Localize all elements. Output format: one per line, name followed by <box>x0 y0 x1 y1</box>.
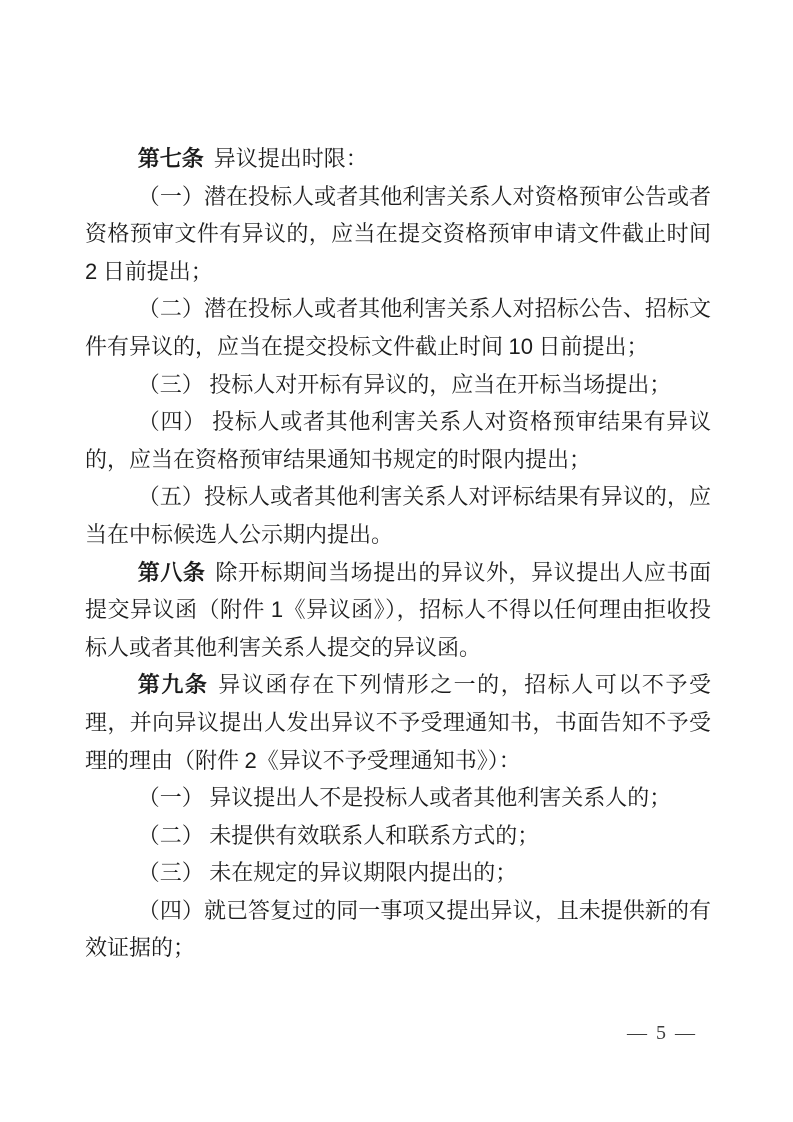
paragraph: 第九条异议函存在下列情形之一的，招标人可以不予受理，并向异议提出人发出异议不予受… <box>85 666 711 779</box>
article-number: 第八条 <box>138 560 216 585</box>
paragraph: （四） 投标人或者其他利害关系人对资格预审结果有异议的，应当在资格预审结果通知书… <box>85 403 711 478</box>
paragraph-text: （五）投标人或者其他利害关系人对评标结果有异议的，应当在中标候选人公示期内提出。 <box>85 484 711 547</box>
paragraph: （四）就已答复过的同一事项又提出异议，且未提供新的有效证据的； <box>85 892 711 967</box>
paragraph: （五）投标人或者其他利害关系人对评标结果有异议的，应当在中标候选人公示期内提出。 <box>85 478 711 553</box>
paragraph: （二） 未提供有效联系人和联系方式的； <box>85 817 711 855</box>
paragraph: （三） 投标人对开标有异议的，应当在开标当场提出； <box>85 366 711 404</box>
paragraph-text: （三） 投标人对开标有异议的，应当在开标当场提出； <box>138 372 672 397</box>
paragraph-text: （三） 未在规定的异议期限内提出的； <box>138 860 518 885</box>
paragraph: （一） 异议提出人不是投标人或者其他利害关系人的； <box>85 779 711 817</box>
paragraph: 第八条除开标期间当场提出的异议外，异议提出人应书面提交异议函（附件 1《异议函》… <box>85 554 711 667</box>
document-body: 第七条异议提出时限： （一）潜在投标人或者其他利害关系人对资格预审公告或者资格预… <box>85 140 711 967</box>
paragraph-text: （二） 未提供有效联系人和联系方式的； <box>138 823 540 848</box>
document-page: 第七条异议提出时限： （一）潜在投标人或者其他利害关系人对资格预审公告或者资格预… <box>0 0 793 1122</box>
page-number: — 5 — <box>627 1022 697 1045</box>
paragraph: （二）潜在投标人或者其他利害关系人对招标公告、招标文件有异议的，应当在提交投标文… <box>85 290 711 365</box>
paragraph-text: （四）就已答复过的同一事项又提出异议，且未提供新的有效证据的； <box>85 898 711 961</box>
paragraph-text: （一）潜在投标人或者其他利害关系人对资格预审公告或者资格预审文件有异议的，应当在… <box>85 184 711 284</box>
article-number: 第七条 <box>138 146 214 171</box>
paragraph: （三） 未在规定的异议期限内提出的； <box>85 854 711 892</box>
paragraph: （一）潜在投标人或者其他利害关系人对资格预审公告或者资格预审文件有异议的，应当在… <box>85 178 711 291</box>
paragraph-text: （一） 异议提出人不是投标人或者其他利害关系人的； <box>138 785 672 810</box>
paragraph-text: （二）潜在投标人或者其他利害关系人对招标公告、招标文件有异议的，应当在提交投标文… <box>85 296 711 359</box>
article-number: 第九条 <box>138 672 219 697</box>
paragraph-text: 异议提出时限： <box>214 146 368 171</box>
paragraph: 第七条异议提出时限： <box>85 140 711 178</box>
paragraph-text: （四） 投标人或者其他利害关系人对资格预审结果有异议的，应当在资格预审结果通知书… <box>85 409 711 472</box>
